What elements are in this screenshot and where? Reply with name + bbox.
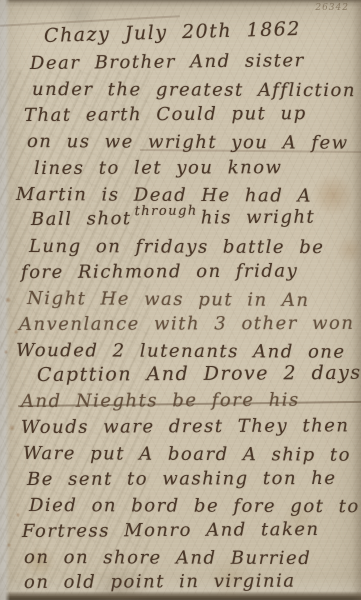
- letter-line: Lung on fridays battle be: [29, 236, 325, 258]
- letter-line: lines to let you know: [34, 157, 283, 179]
- letter-line: That earth Could put up: [24, 103, 307, 126]
- pencil-annotation: 26342: [315, 3, 349, 13]
- letter-line: under the greatest Affliction: [32, 79, 356, 101]
- letter-line: Dear Brother And sister: [30, 50, 305, 74]
- letter-line: Fortress Monro And taken: [22, 519, 320, 542]
- letter-line: And Nieghts be fore his: [21, 390, 300, 412]
- letter-line: Wouded 2 lutenants And one: [16, 340, 346, 363]
- letter-line: Night He was put in An: [27, 288, 310, 311]
- line-text-pre: Ball shot: [31, 208, 132, 230]
- letter-scan: 26342 Chazy July 20th 1862 Dear Brother …: [0, 0, 361, 600]
- letter-line: Wouds ware drest They then: [21, 415, 350, 438]
- inserted-word: through: [134, 204, 197, 220]
- letter-line-dateline: Chazy July 20th 1862: [44, 18, 302, 47]
- letter-line: Died on bord be fore got to: [29, 495, 360, 517]
- letter-line: Capttion And Drove 2 days: [37, 362, 361, 386]
- letter-line-with-insertion: Ball shotthroughhis wright: [31, 207, 315, 230]
- letter-line: on old point in virginia: [24, 571, 296, 593]
- letter-line: Ware put A board A ship to: [23, 443, 351, 466]
- letter-line: on us we wright you A few: [27, 131, 349, 154]
- letter-line: fore Richmond on friday: [21, 261, 298, 283]
- letter-line: Be sent to washing ton he: [27, 468, 337, 490]
- letter-line: Anvenlance with 3 other won: [19, 313, 354, 335]
- line-text-post: his wright: [201, 207, 316, 229]
- letter-line: on on shore And Burried: [24, 547, 311, 569]
